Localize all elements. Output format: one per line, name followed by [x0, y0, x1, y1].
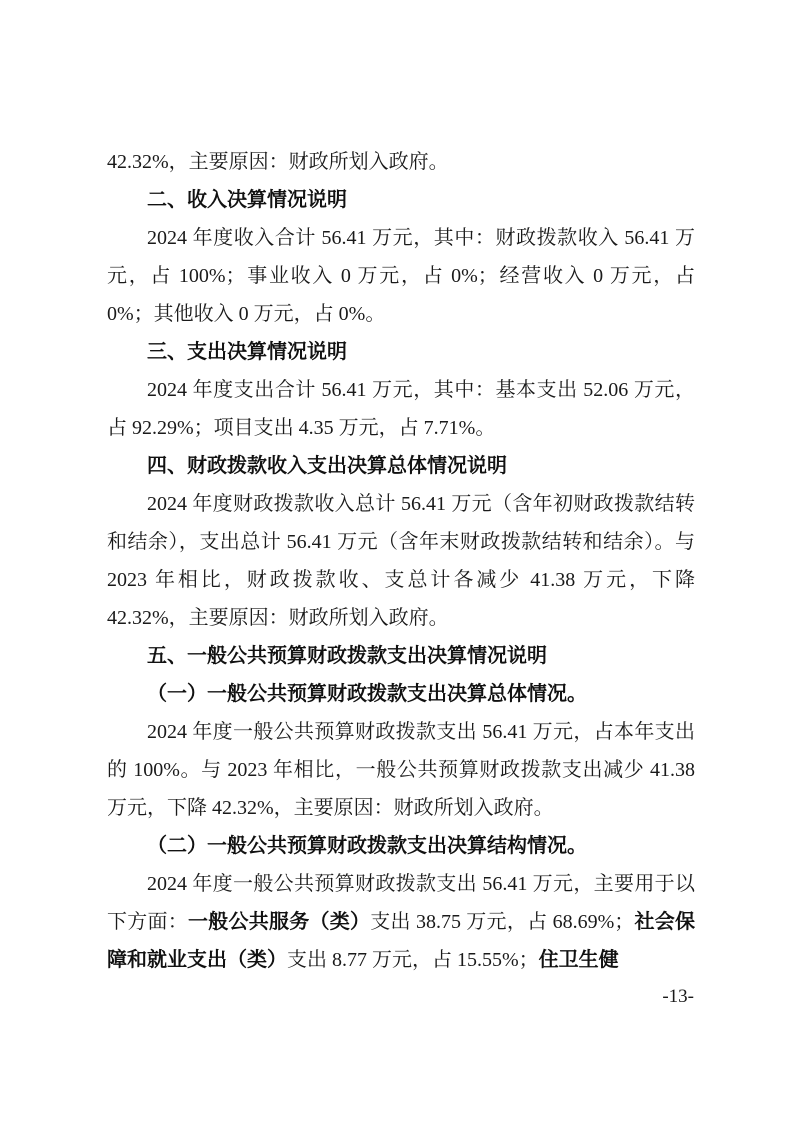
sub2-category1-name: 一般公共服务（类） [188, 911, 370, 933]
section3-body: 2024 年度支出合计 56.41 万元，其中：基本支出 52.06 万元，占 … [107, 371, 695, 447]
page-number: -13- [662, 986, 694, 1008]
section2-heading: 二、收入决算情况说明 [107, 181, 695, 219]
section3-heading: 三、支出决算情况说明 [107, 333, 695, 371]
sub2-category1-detail: 支出 38.75 万元，占 68.69%； [370, 911, 634, 933]
section5-sub1-heading: （一）一般公共预算财政拨款支出决算总体情况。 [107, 675, 695, 713]
document-content: 42.32%，主要原因：财政所划入政府。 二、收入决算情况说明 2024 年度收… [107, 143, 695, 979]
sub2-category2-detail: 支出 8.77 万元，占 15.55%； [287, 949, 539, 971]
document-page: 42.32%，主要原因：财政所划入政府。 二、收入决算情况说明 2024 年度收… [0, 0, 793, 1122]
section4-body: 2024 年度财政拨款收入总计 56.41 万元（含年初财政拨款结转和结余），支… [107, 485, 695, 637]
sub2-category3-name: 住卫生健 [539, 949, 619, 971]
carryover-paragraph: 42.32%，主要原因：财政所划入政府。 [107, 143, 695, 181]
section5-sub1-body: 2024 年度一般公共预算财政拨款支出 56.41 万元，占本年支出的 100%… [107, 713, 695, 827]
section5-heading: 五、一般公共预算财政拨款支出决算情况说明 [107, 637, 695, 675]
section5-sub2-body: 2024 年度一般公共预算财政拨款支出 56.41 万元，主要用于以下方面：一般… [107, 865, 695, 979]
section4-heading: 四、财政拨款收入支出决算总体情况说明 [107, 447, 695, 485]
section2-body: 2024 年度收入合计 56.41 万元，其中：财政拨款收入 56.41 万元，… [107, 219, 695, 333]
section5-sub2-heading: （二）一般公共预算财政拨款支出决算结构情况。 [107, 827, 695, 865]
